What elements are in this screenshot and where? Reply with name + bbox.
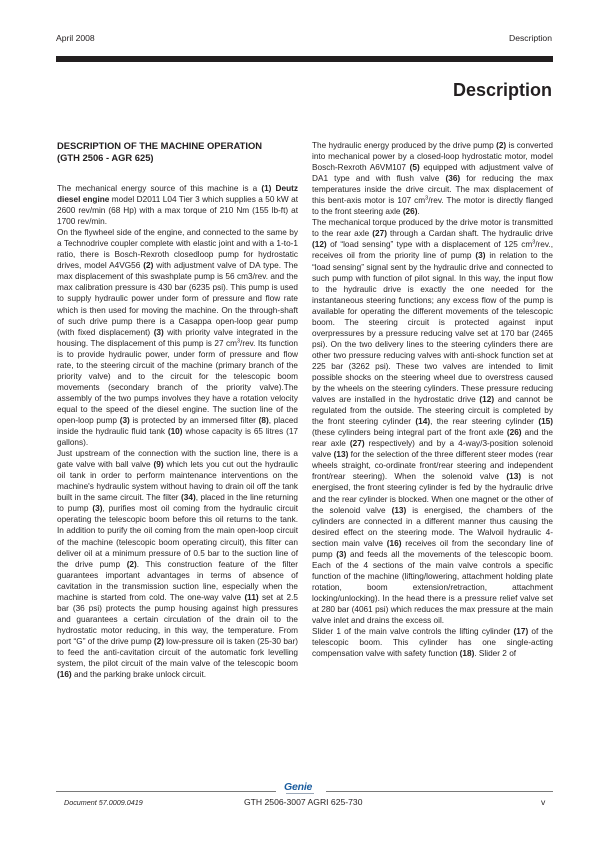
- component-ref: (26): [403, 207, 418, 216]
- component-ref: (11): [244, 593, 258, 602]
- genie-logo: Genie: [284, 781, 312, 793]
- section-heading-line1: DESCRIPTION OF THE MACHINE OPERATION: [57, 140, 262, 151]
- text-run: with adjustment valve of DA type. The ma…: [57, 261, 298, 336]
- paragraph: The mechanical torque produced by the dr…: [312, 217, 553, 626]
- text-run: Slider 1 of the main valve controls the …: [312, 627, 514, 636]
- component-ref: (14): [415, 417, 430, 426]
- document-number: Document 57.0009.0419: [64, 798, 143, 807]
- component-ref: (17): [514, 627, 529, 636]
- component-ref: (9): [154, 460, 164, 469]
- text-run: of “load sensing” type with a displaceme…: [327, 240, 533, 249]
- running-header-date: April 2008: [56, 33, 95, 43]
- paragraph: Slider 1 of the main valve controls the …: [312, 626, 553, 659]
- component-ref: (10): [168, 427, 183, 436]
- component-ref: (13): [334, 450, 349, 459]
- text-run: /rev. Its function is to provide hydraul…: [57, 339, 298, 425]
- paragraph: The mechanical energy source of this mac…: [57, 183, 298, 227]
- footer-rule-left: [56, 791, 276, 792]
- right-column: The hydraulic energy produced by the dri…: [312, 140, 553, 659]
- component-ref: (2): [496, 141, 506, 150]
- text-run: (these cylinders being integral part of …: [312, 428, 507, 437]
- component-ref: (36): [446, 174, 461, 183]
- paragraph: The hydraulic energy produced by the dri…: [312, 140, 553, 217]
- page-title: Description: [453, 80, 552, 101]
- component-ref: (2): [127, 560, 137, 569]
- component-ref: (18): [460, 649, 475, 658]
- text-run: , the rear steering cylinder: [430, 417, 538, 426]
- component-ref: (13): [392, 506, 407, 515]
- footer-rule-right: [326, 791, 553, 792]
- component-ref: (27): [350, 439, 365, 448]
- component-ref: (16): [387, 539, 402, 548]
- component-ref: (8): [259, 416, 269, 425]
- component-ref: (2): [154, 637, 164, 646]
- text-run: and the parking brake unlock circuit.: [72, 670, 206, 679]
- text-run: is protected by an immersed filter: [130, 416, 259, 425]
- component-ref: (34): [181, 493, 196, 502]
- text-run: .: [417, 207, 419, 216]
- component-ref: (3): [120, 416, 130, 425]
- paragraph: Just upstream of the connection with the…: [57, 448, 298, 680]
- component-ref: (3): [336, 550, 346, 559]
- left-column: DESCRIPTION OF THE MACHINE OPERATION (GT…: [57, 140, 298, 680]
- left-column-body: The mechanical energy source of this mac…: [57, 183, 298, 680]
- component-ref: (12): [312, 240, 327, 249]
- component-ref: (3): [154, 328, 164, 337]
- running-header-section: Description: [509, 33, 552, 43]
- component-ref: (27): [372, 229, 387, 238]
- component-ref: (26): [507, 428, 522, 437]
- text-run: The mechanical energy source of this mac…: [57, 184, 261, 193]
- model-name: GTH 2506-3007 AGRI 625-730: [244, 797, 362, 807]
- component-ref: (13): [506, 472, 521, 481]
- page-number: v: [541, 797, 545, 807]
- component-ref: (2): [143, 261, 153, 270]
- paragraph: On the flywheel side of the engine, and …: [57, 227, 298, 448]
- genie-logo-tagline: [286, 793, 314, 794]
- right-column-body: The hydraulic energy produced by the dri…: [312, 140, 553, 659]
- text-run: The hydraulic energy produced by the dri…: [312, 141, 496, 150]
- component-ref: (16): [57, 670, 72, 679]
- text-run: in relation to the “load sensing” signal…: [312, 251, 553, 404]
- component-ref: (3): [92, 504, 102, 513]
- component-ref: (15): [538, 417, 553, 426]
- component-ref: (5): [410, 163, 420, 172]
- text-run: . Slider 2 of: [474, 649, 516, 658]
- component-ref: (12): [479, 395, 494, 404]
- component-ref: (3): [475, 251, 485, 260]
- text-run: through a Cardan shaft. The hydraulic dr…: [387, 229, 553, 238]
- text-run: and feeds all the movements of the teles…: [312, 550, 553, 625]
- header-rule: [56, 56, 553, 62]
- section-heading-line2: (GTH 2506 - AGR 625): [57, 152, 154, 163]
- section-heading: DESCRIPTION OF THE MACHINE OPERATION (GT…: [57, 140, 298, 164]
